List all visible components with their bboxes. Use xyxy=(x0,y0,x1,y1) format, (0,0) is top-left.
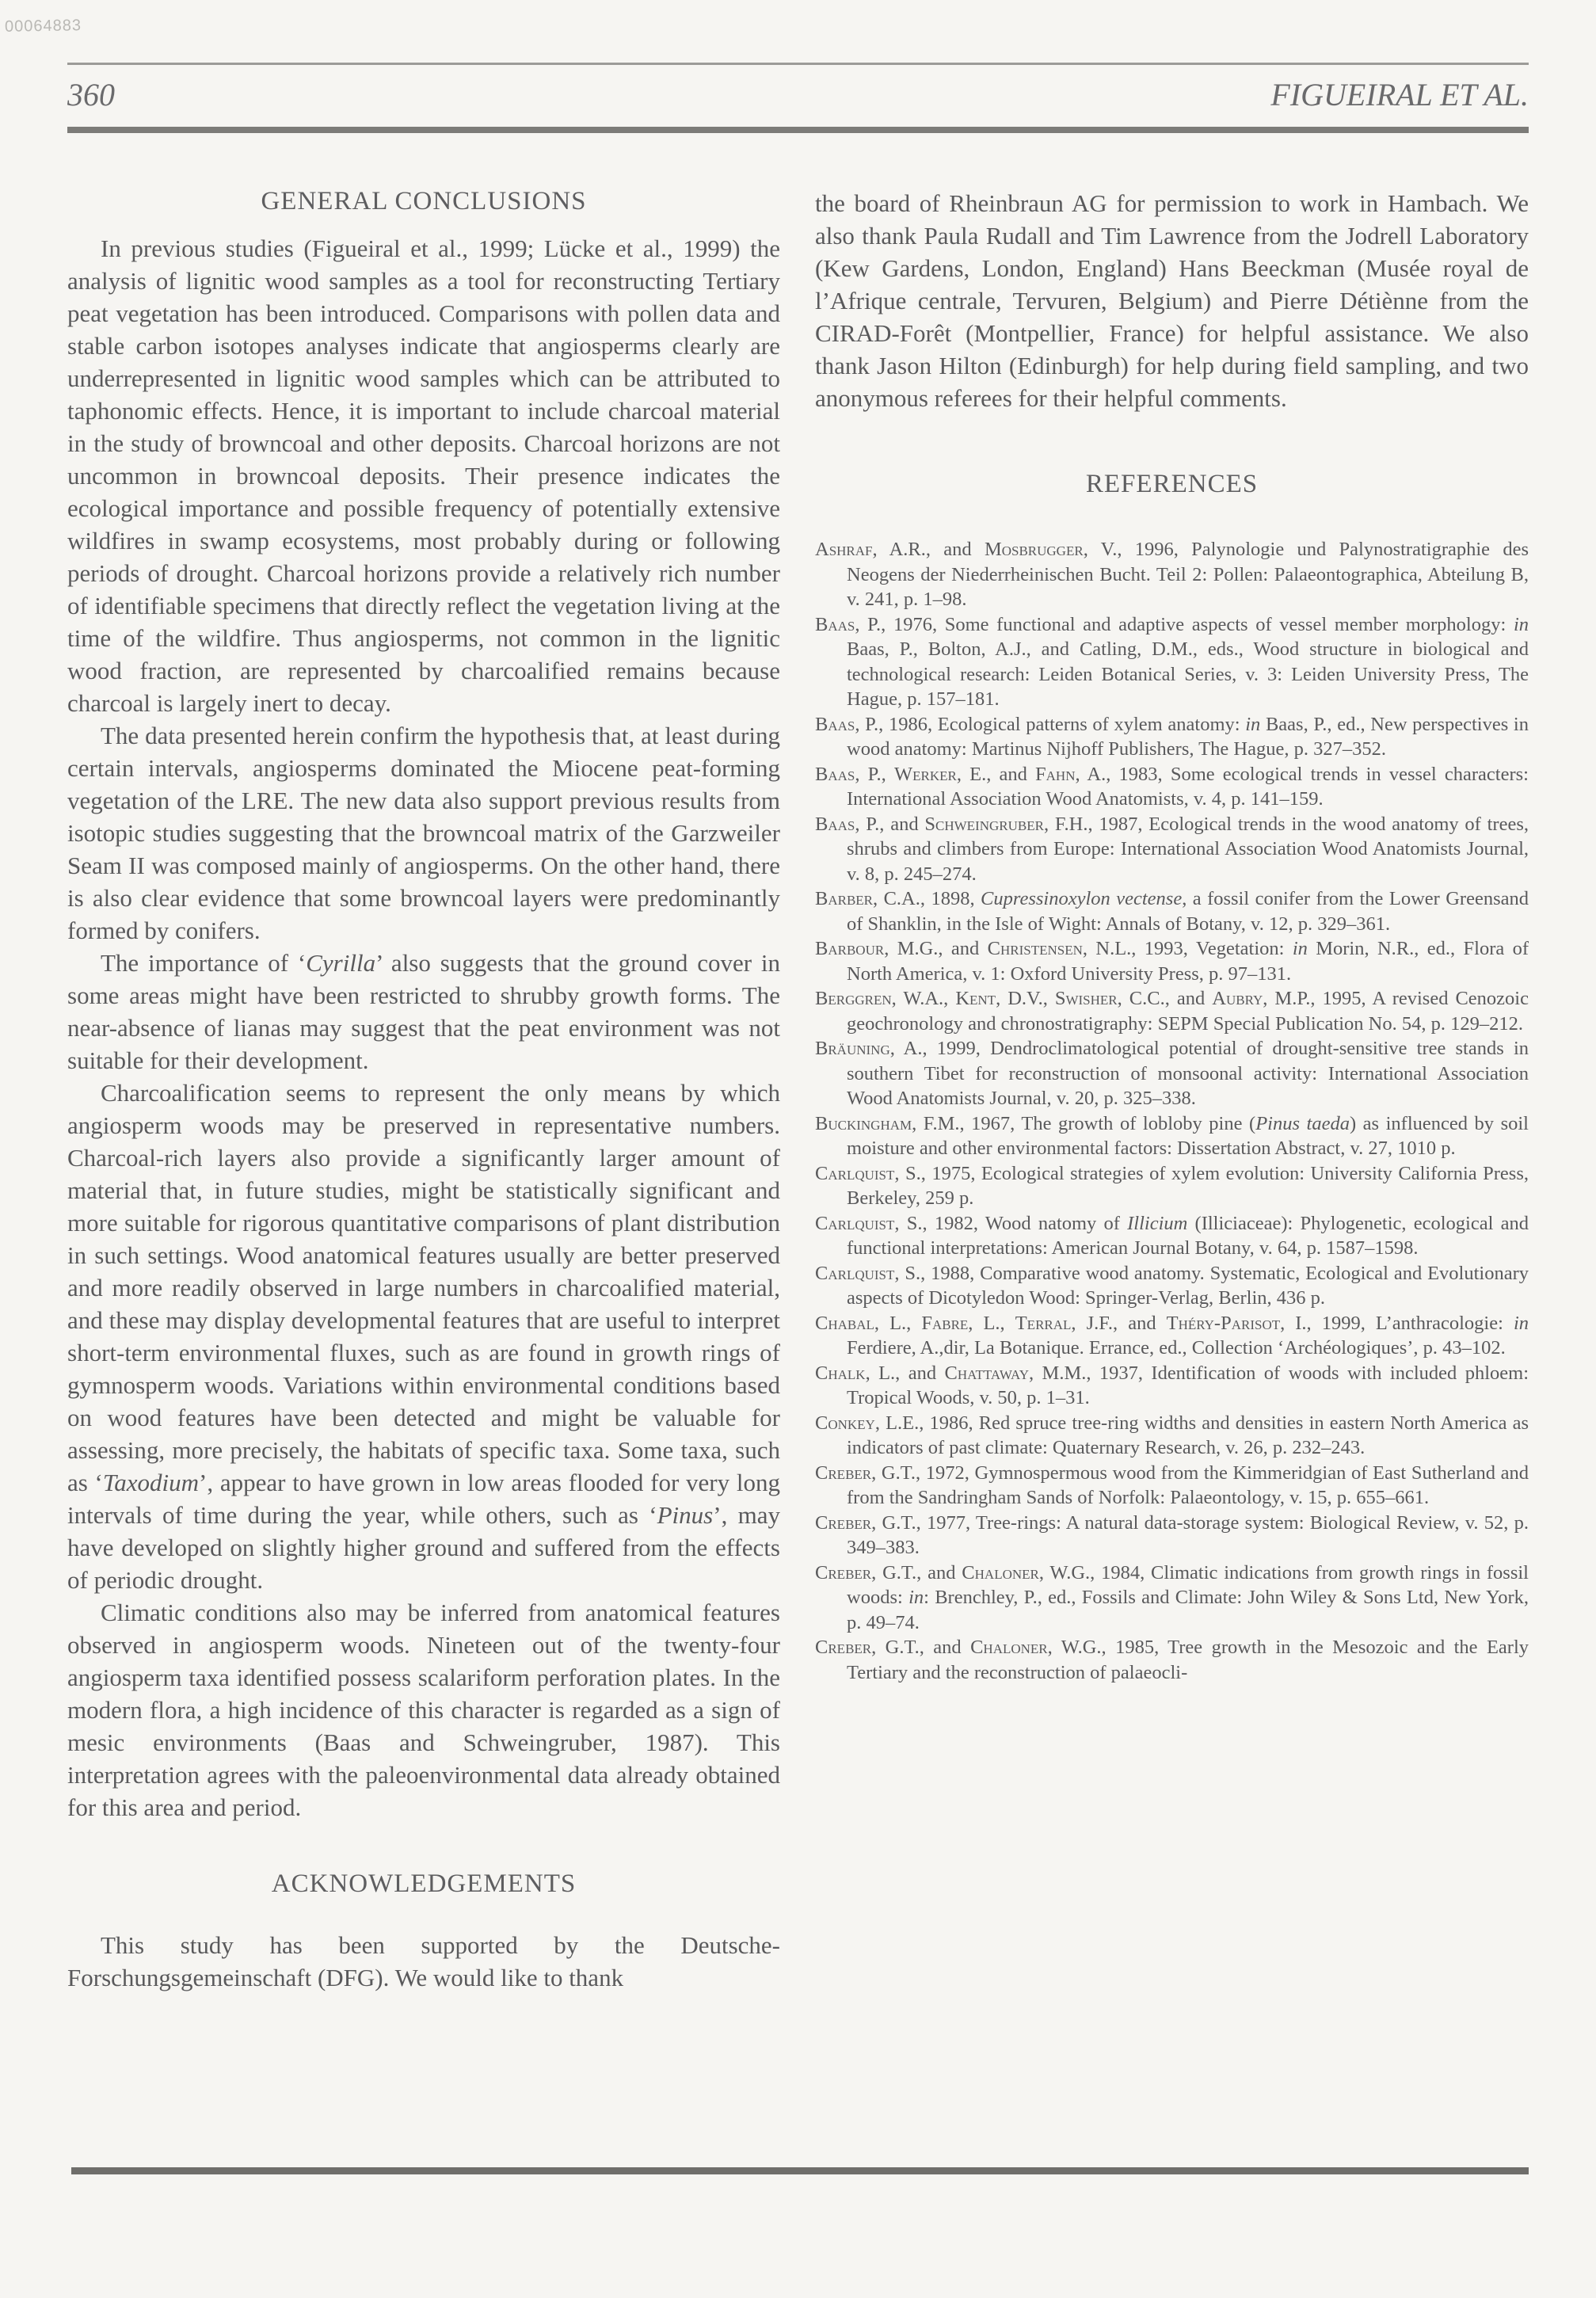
reference-entry: Creber, G.T., and Chaloner, W.G., 1985, … xyxy=(815,1635,1529,1685)
references-list: Ashraf, A.R., and Mosbrugger, V., 1996, … xyxy=(815,537,1529,1685)
reference-entry: Conkey, L.E., 1986, Red spruce tree-ring… xyxy=(815,1411,1529,1461)
reference-entry: Buckingham, F.M., 1967, The growth of lo… xyxy=(815,1111,1529,1161)
reference-entry: Barbour, M.G., and Christensen, N.L., 19… xyxy=(815,936,1529,986)
reference-entry: Carlquist, S., 1975, Ecological strategi… xyxy=(815,1161,1529,1211)
conclusions-paragraph: The importance of ‘Cyrilla’ also suggest… xyxy=(67,947,780,1077)
running-head-authors: FIGUEIRAL ET AL. xyxy=(1270,76,1529,113)
conclusions-heading: GENERAL CONCLUSIONS xyxy=(67,187,780,216)
reference-entry: Creber, G.T., 1977, Tree-rings: A natura… xyxy=(815,1511,1529,1561)
acknowledgements-continuation-paragraph: the board of Rheinbraun AG for permissio… xyxy=(815,187,1529,414)
reference-entry: Baas, P., 1976, Some functional and adap… xyxy=(815,612,1529,712)
page-number: 360 xyxy=(67,76,115,113)
references-heading: REFERENCES xyxy=(815,470,1529,499)
conclusions-paragraph: Climatic conditions also may be inferred… xyxy=(67,1596,780,1824)
acknowledgements-heading: ACKNOWLEDGEMENTS xyxy=(67,1869,780,1899)
reference-entry: Carlquist, S., 1982, Wood natomy of Illi… xyxy=(815,1211,1529,1261)
reference-entry: Creber, G.T., and Chaloner, W.G., 1984, … xyxy=(815,1561,1529,1636)
header-rule-thick xyxy=(67,127,1529,133)
reference-entry: Chalk, L., and Chattaway, M.M., 1937, Id… xyxy=(815,1361,1529,1411)
conclusions-paragraph: The data presented herein confirm the hy… xyxy=(67,719,780,947)
reference-entry: Berggren, W.A., Kent, D.V., Swisher, C.C… xyxy=(815,986,1529,1036)
header-rule-thin xyxy=(67,63,1529,65)
running-header: 360 FIGUEIRAL ET AL. xyxy=(67,76,1529,113)
conclusions-paragraph: In previous studies (Figueiral et al., 1… xyxy=(67,232,780,719)
reference-entry: Bräuning, A., 1999, Dendroclimatological… xyxy=(815,1036,1529,1111)
left-column: GENERAL CONCLUSIONS In previous studies … xyxy=(67,187,780,1994)
reference-entry: Baas, P., 1986, Ecological patterns of x… xyxy=(815,712,1529,762)
two-column-layout: GENERAL CONCLUSIONS In previous studies … xyxy=(67,187,1529,1994)
conclusions-paragraph: Charcoalification seems to represent the… xyxy=(67,1077,780,1596)
reference-entry: Ashraf, A.R., and Mosbrugger, V., 1996, … xyxy=(815,537,1529,612)
acknowledgements-paragraph: This study has been supported by the Deu… xyxy=(67,1929,780,1994)
reference-entry: Creber, G.T., 1972, Gymnospermous wood f… xyxy=(815,1461,1529,1511)
footer-rule xyxy=(71,2167,1529,2174)
reference-entry: Barber, C.A., 1898, Cupressinoxylon vect… xyxy=(815,886,1529,936)
reference-entry: Baas, P., and Schweingruber, F.H., 1987,… xyxy=(815,812,1529,887)
journal-page: 00064883 360 FIGUEIRAL ET AL. GENERAL CO… xyxy=(0,0,1596,2298)
reference-entry: Chabal, L., Fabre, L., Terral, J.F., and… xyxy=(815,1311,1529,1361)
reference-entry: Carlquist, S., 1988, Comparative wood an… xyxy=(815,1261,1529,1311)
scan-number: 00064883 xyxy=(5,17,82,36)
right-column: the board of Rheinbraun AG for permissio… xyxy=(815,187,1529,1994)
reference-entry: Baas, P., Werker, E., and Fahn, A., 1983… xyxy=(815,762,1529,812)
